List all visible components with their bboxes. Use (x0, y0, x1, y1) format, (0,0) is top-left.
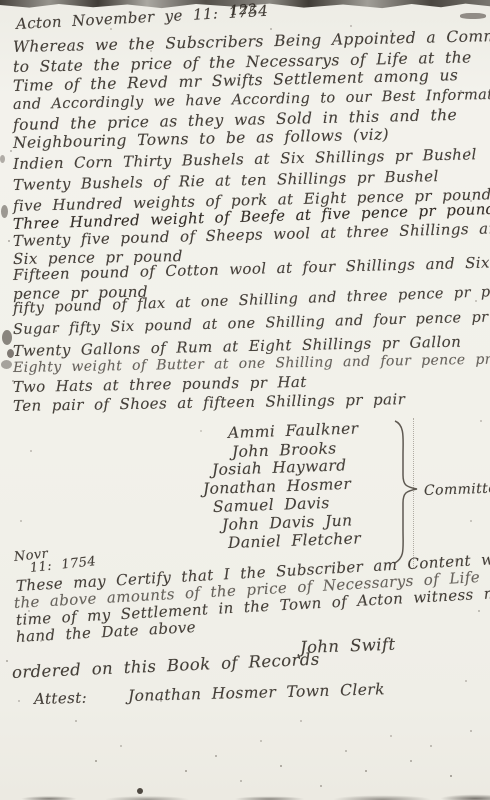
dateline: Acton November ye 11: 1754 (16, 2, 269, 33)
committee-label: Committe (424, 480, 490, 499)
manuscript-page: 122 Acton November ye 11: 1754 Whereas w… (0, 0, 490, 800)
ink-blotch (2, 330, 12, 345)
signature-name: Daniel Fletcher (228, 529, 362, 552)
ink-blotch (460, 13, 486, 19)
ink-blotch (1, 360, 12, 369)
ink-blotch (137, 788, 143, 794)
record-order-line: ordered on this Book of Records (12, 650, 320, 682)
committee-brace (392, 417, 422, 567)
ink-blotch (1, 205, 8, 218)
scan-bottom-edge (0, 788, 490, 800)
signature-name: Ammi Faulkner (228, 419, 359, 442)
ink-blotch (0, 155, 5, 163)
clerk-attest-line: Jonathan Hosmer Town Clerk (128, 680, 385, 705)
attest-label: Attest: (34, 689, 88, 708)
paper-speckles (0, 0, 2, 2)
